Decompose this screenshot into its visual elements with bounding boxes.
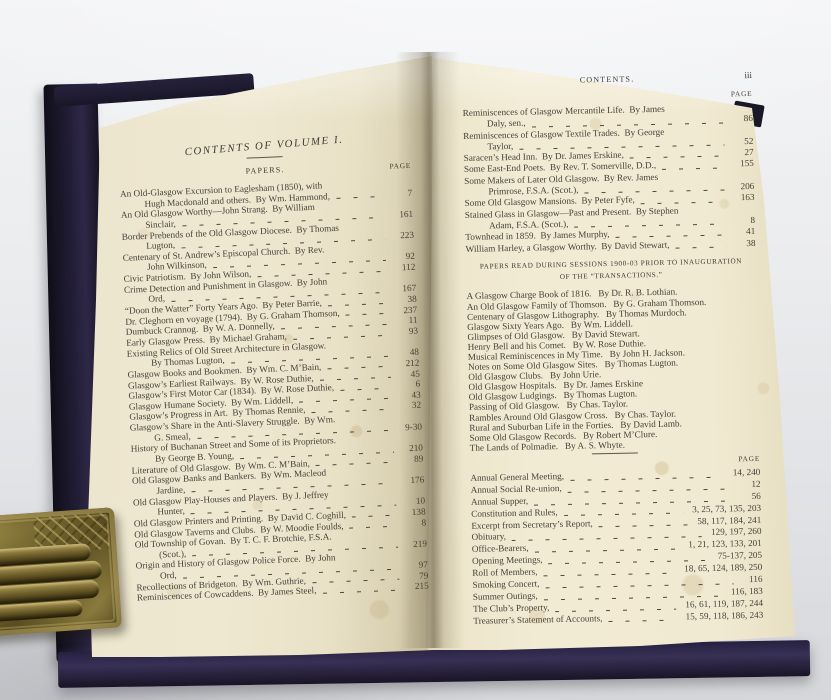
page-number: 12 [740,479,760,491]
page-column-label: PAGE [389,161,411,171]
page-number: 7 [392,187,412,198]
page-number: 32 [401,400,421,411]
page-number: 219 [407,538,427,549]
page-number: 52 [733,136,753,148]
page-number: 155 [734,158,754,170]
page-number: 163 [734,192,754,204]
page-number: 41 [735,226,755,238]
dash-leader [350,523,398,529]
dash-leader [322,587,399,594]
page-number: 56 [741,491,761,503]
dash-leader [675,243,726,248]
dash-leader [346,310,389,316]
dash-leader [641,198,726,204]
page-number: 215 [408,581,428,592]
dash-leader [662,164,725,169]
right-toc-list: Reminiscences of Glasgow Mercantile Life… [463,102,756,255]
page-number: 206 [734,181,754,193]
folio-number: iii [744,70,752,80]
title-rule [247,156,283,159]
page-number: 8 [735,215,755,227]
section-rule [592,452,638,454]
page-number: 14, 240 [733,467,761,479]
entry-text: Annual Social Re-union, [471,483,562,497]
page-number: 93 [398,326,418,337]
page-column-label: PAGE [462,89,752,104]
left-page-content: CONTENTS OF VOLUME I. PAPERS. PAGE An Ol… [118,134,429,604]
page-number: 27 [734,147,754,159]
page-number: 8 [406,517,426,528]
book-photo: CONTENTS OF VOLUME I. PAPERS. PAGE An Ol… [0,0,831,700]
page-number: 129, 197, 260 [711,526,762,539]
page-number: 112 [395,262,415,273]
entry-text: Obituary, [472,532,507,545]
entry-text: Excerpt from Secretary’s Report, [471,518,593,532]
page-number: 116 [742,574,762,586]
index-list: Annual General Meeting,14, 240Annual Soc… [470,467,763,628]
page-number: 176 [404,474,424,485]
page-number: 161 [393,209,413,220]
right-page-content: CONTENTS. iii PAGE Reminiscences of Glas… [462,72,763,627]
session-papers-list: A Glasgow Charge Book of 1816. By Dr. R.… [466,285,759,453]
page-number: 9-30 [402,421,422,432]
page-number: 89 [403,453,423,464]
dash-leader [599,522,689,528]
page-number: 38 [735,237,755,249]
dash-leader [608,617,676,622]
page-number: 15, 59, 118, 186, 243 [685,609,763,623]
dash-leader [352,512,397,518]
dash-leader [336,193,384,199]
page-number: 223 [394,230,414,241]
page-number: 86 [733,113,753,125]
page-number: 75-137, 205 [718,550,763,563]
dash-leader [340,385,391,391]
page-column-label: PAGE [470,454,760,469]
left-toc-list: An Old-Glasgow Excursion to Eaglesham (1… [120,177,429,604]
brass-hand-clip [0,507,122,636]
page-number: 116, 183 [731,586,763,599]
entry-text: The Lands of Polmadie. By A. S. Whyte. [470,440,625,453]
dash-leader [630,153,725,159]
